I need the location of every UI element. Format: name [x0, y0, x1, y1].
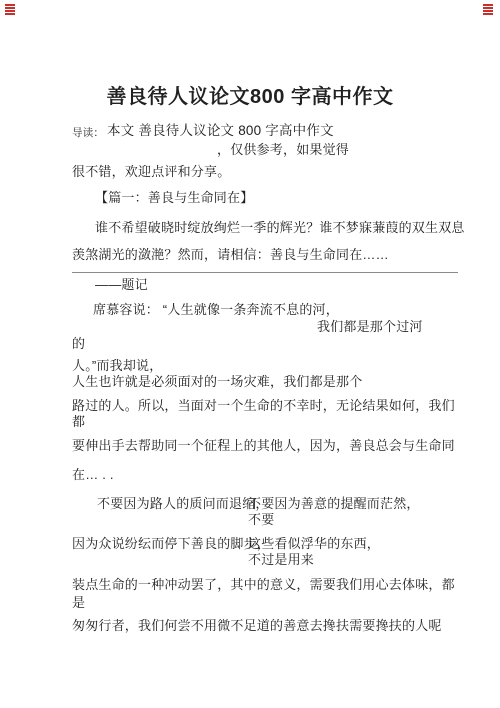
body-line: 都 — [72, 415, 85, 430]
epigraph-label: ——题记 — [95, 278, 148, 293]
document-page: 善良待人议论文800 字高中作文 导读：本文 善良待人议论文 800 字高中作文… — [0, 0, 500, 708]
body-line: 因为众说纷纭而停下善良的脚步， — [72, 537, 270, 552]
body-line: 是 — [72, 596, 85, 611]
red-corner-mark-left-icon — [5, 4, 15, 15]
body-line: 这些看似浮华的东西， — [248, 537, 380, 552]
body-line: 羡煞湖光的潋滟？然而，请相信：善良与生命同在…… — [72, 248, 389, 263]
page-title: 善良待人议论文800 字高中作文 — [0, 85, 500, 109]
body-line: 不要 — [248, 513, 274, 528]
lead-text-continued: ，仅供参考，如果觉得 — [217, 143, 349, 158]
body-line: 人。”而我却说， — [72, 359, 162, 374]
body-line: 要伸出手去帮助同一个征程上的其他人，因为，善良总会与生命同 — [72, 439, 455, 454]
red-corner-mark-right-icon — [483, 4, 493, 15]
lead-text-continued: 很不错，欢迎点评和分享。 — [72, 165, 230, 180]
divider-line — [72, 272, 458, 273]
section-heading: 【篇一：善良与生命同在】 — [95, 191, 253, 206]
body-line: 在… . . — [72, 468, 114, 483]
lead-text: 本文 善良待人议论文 800 字高中作文 — [107, 123, 334, 139]
body-line: 路过的人。所以，当面对一个生命的不幸时，无论结果如何，我们 — [72, 399, 455, 414]
body-line: 不过是用来 — [248, 553, 314, 568]
body-line: 我们都是那个过河 — [317, 320, 423, 335]
body-line: 不要因为路人的质问而退缩， — [97, 497, 269, 512]
body-line: 席慕容说： “人生就像一条奔流不息的河， — [93, 303, 339, 318]
body-line: 装点生命的一种冲动罢了，其中的意义，需要我们用心去体味，都 — [72, 578, 455, 593]
body-line: 不要因为善意的提醒而茫然， — [248, 497, 420, 512]
body-line: 谁不希望破晓时绽放绚烂一季的辉光？谁不梦寐蒹葭的双生双息 — [95, 221, 465, 236]
body-line: 的 — [72, 337, 85, 352]
body-line: 匆匆行者，我们何尝不用微不足道的善意去搀扶需要搀扶的人呢 — [72, 619, 442, 634]
lead-label: 导读： — [72, 127, 104, 139]
body-line: 人生也许就是必须面对的一场灾难，我们都是那个 — [72, 375, 362, 390]
